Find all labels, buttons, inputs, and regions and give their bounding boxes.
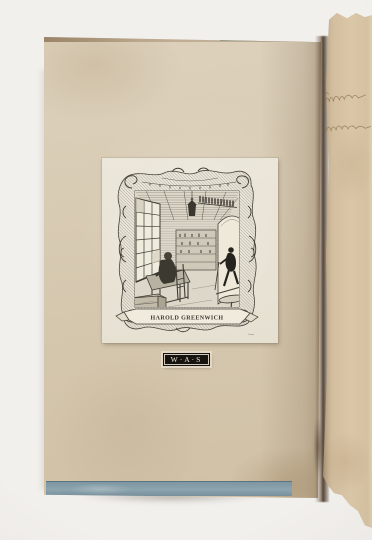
- banner-name-text: HAROLD GREENWICH: [151, 316, 224, 322]
- cover-top-cloth-strip: [220, 37, 296, 41]
- owner-initials-label: W·A·S: [163, 353, 210, 366]
- cover-worn-top-edge: [44, 37, 321, 42]
- bookplate: HAROLD GREENWICH: [102, 158, 278, 343]
- dresser: [176, 230, 216, 270]
- name-banner: HAROLD GREENWICH: [116, 309, 258, 324]
- handwriting-inscription: [323, 84, 372, 148]
- window: [136, 198, 160, 282]
- photograph-backdrop: HAROLD GREENWICH W·A·S: [0, 0, 372, 540]
- study-scene: [132, 191, 246, 322]
- bookplate-engraving: HAROLD GREENWICH: [102, 158, 278, 343]
- engraver-mark: [248, 334, 254, 335]
- cover-blue-paper-edge: [46, 481, 292, 496]
- gutter-stain: [312, 415, 324, 495]
